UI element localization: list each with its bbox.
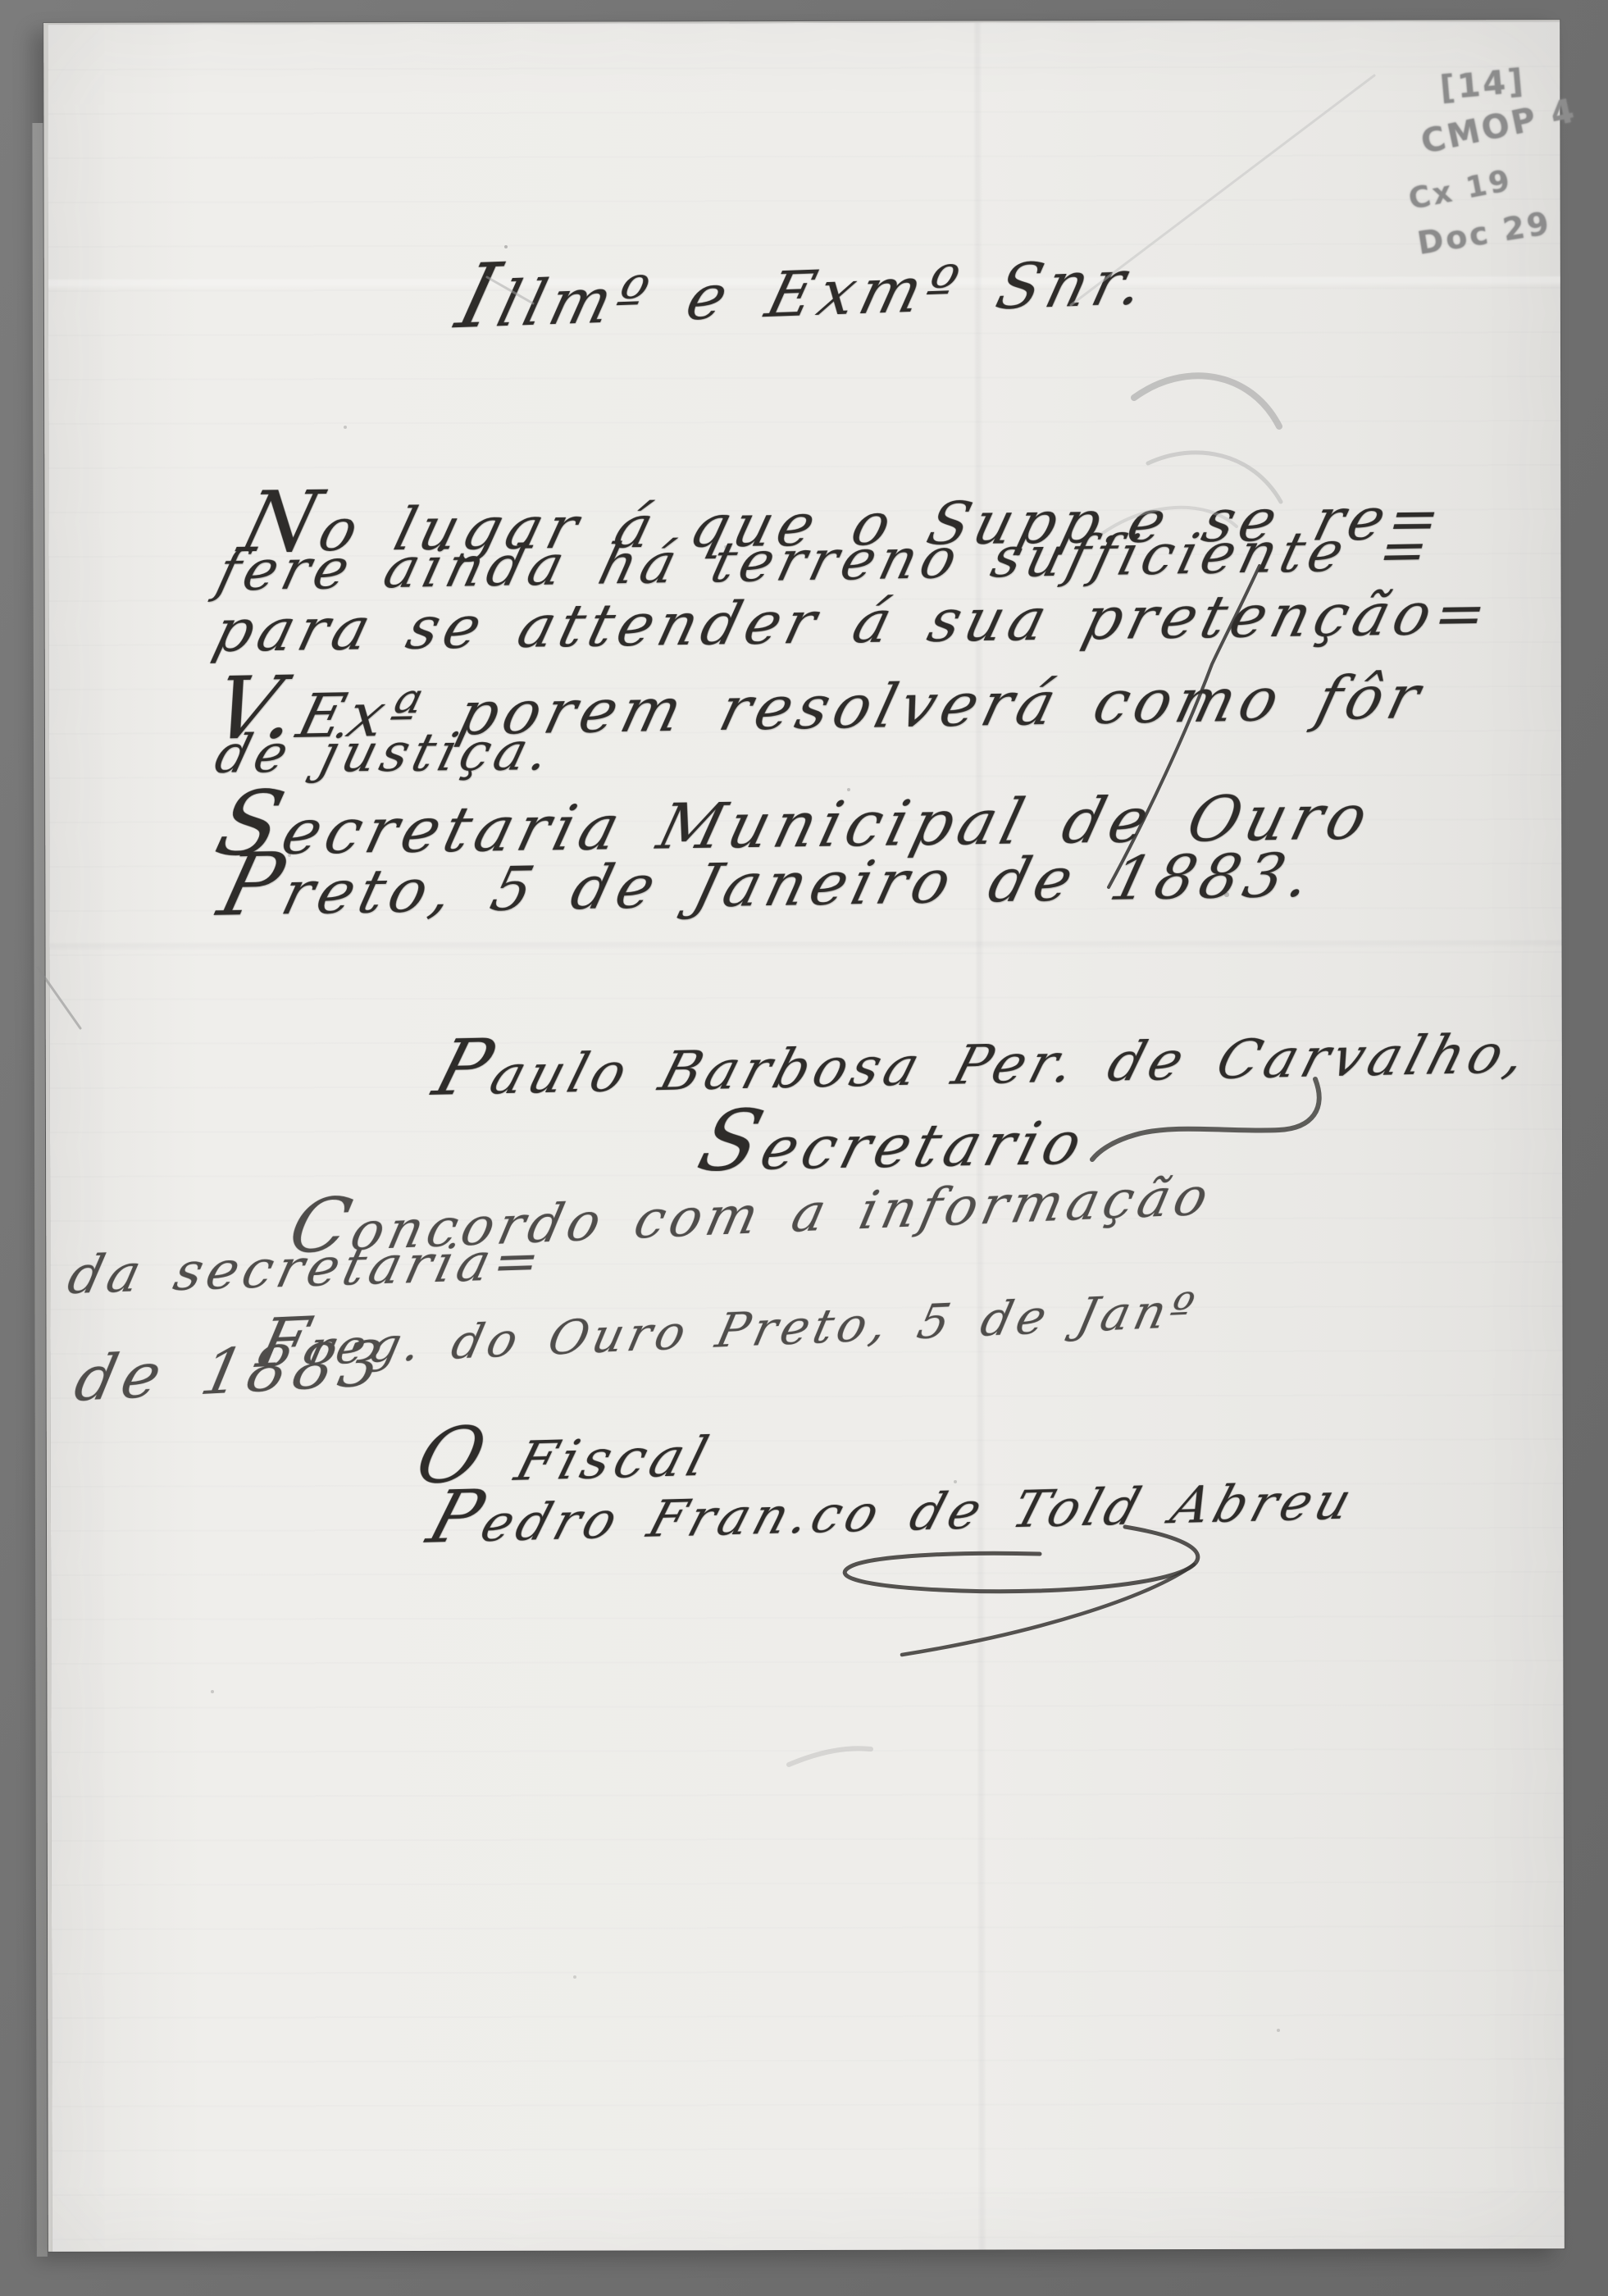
scanned-document-viewer: [14] CMOP 4 Cx 19 Doc 29 Illmº e Exmº Sn… bbox=[0, 0, 1608, 2296]
approval-line-2: da secretaria= bbox=[63, 1235, 549, 1302]
approval-line-4: de 1883 bbox=[70, 1332, 393, 1410]
paper-specks bbox=[0, 0, 2, 2]
informe-line-7: Preto, 5 de Janeiro de 1883. bbox=[212, 823, 1328, 928]
scan-backdrop: { "colors": { "backdrop": "#717171", "pa… bbox=[0, 0, 1608, 2296]
archival-folio-mark: [14] bbox=[1439, 65, 1527, 105]
